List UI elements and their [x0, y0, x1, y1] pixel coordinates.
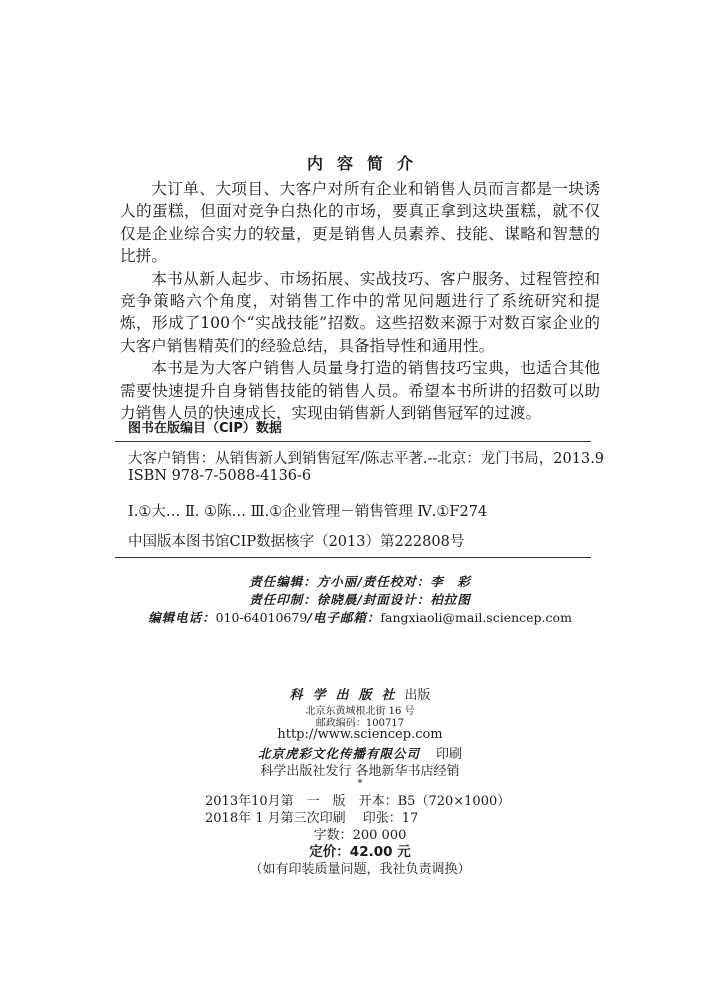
- cip-isbn: ISBN 978-7-5088-4136-6: [128, 468, 311, 484]
- summary-body: 大订单、大项目、大客户对所有企业和销售人员而言都是一块诱人的蛋糕，但面对竞争白热…: [120, 178, 600, 424]
- summary-paragraph: 大订单、大项目、大客户对所有企业和销售人员而言都是一块诱人的蛋糕，但面对竞争白热…: [120, 178, 600, 268]
- publisher-name: 科学出版社: [289, 688, 404, 703]
- label-editor: 责任编辑：: [249, 574, 317, 589]
- label-phone: 编辑电话：: [148, 610, 216, 625]
- cip-heading: 图书在版编目（CIP）数据: [128, 417, 282, 436]
- cip-classification: Ⅰ.①大… Ⅱ. ①陈… Ⅲ.①企业管理－销售管理 Ⅳ.①F274: [128, 500, 487, 521]
- summary-title: 内容简介: [0, 151, 720, 174]
- credits-line-production: 责任印制：徐晓晨/封面设计：柏拉图: [0, 590, 720, 608]
- summary-paragraph: 本书从新人起步、市场拓展、实战技巧、客户服务、过程管控和竞争策略六个角度，对销售…: [120, 268, 600, 358]
- value-email: fangxiaoli@mail.sciencep.com: [380, 610, 572, 625]
- value-editor: 方小丽: [317, 574, 358, 589]
- label-proofreader: /责任校对：: [357, 574, 430, 589]
- publisher-website: http://www.sciencep.com: [0, 727, 720, 742]
- label-email: /电子邮箱：: [307, 610, 380, 625]
- cip-number: 中国版本图书馆CIP数据核字（2013）第222808号: [128, 530, 464, 551]
- value-proofreader: 李 彩: [430, 574, 471, 589]
- value-phone: 010-64010679: [216, 610, 308, 625]
- distribution-line: 科学出版社发行 各地新华书店经销: [0, 760, 720, 779]
- summary-paragraph: 本书是为大客户销售人员量身打造的销售技巧宝典，也适合其他需要快速提升自身销售技能…: [120, 357, 600, 424]
- credits-line-contact: 编辑电话：010-64010679/电子邮箱：fangxiaoli@mail.s…: [0, 608, 720, 626]
- credits-line-editors: 责任编辑：方小丽/责任校对：李 彩: [0, 572, 720, 590]
- publisher-suffix: 出版: [405, 688, 431, 703]
- label-print-supervisor: 责任印制：: [249, 592, 317, 607]
- price: 定价：42.00 元: [0, 840, 720, 860]
- cip-top-rule: [115, 441, 591, 442]
- publisher-line: 科学出版社出版: [0, 684, 720, 703]
- separator-asterisk: *: [0, 778, 720, 789]
- value-cover-design: 柏拉图: [430, 592, 471, 607]
- quality-notice: （如有印装质量问题，我社负责调换）: [0, 858, 720, 877]
- cip-record: 大客户销售：从销售新人到销售冠军/陈志平著.--北京：龙门书局，2013.9: [128, 447, 604, 468]
- cip-bottom-rule: [115, 557, 591, 558]
- printer-name: 北京虎彩文化传播有限公司: [258, 746, 420, 761]
- label-cover-design: /封面设计：: [357, 592, 430, 607]
- value-print-supervisor: 徐晓晨: [317, 592, 358, 607]
